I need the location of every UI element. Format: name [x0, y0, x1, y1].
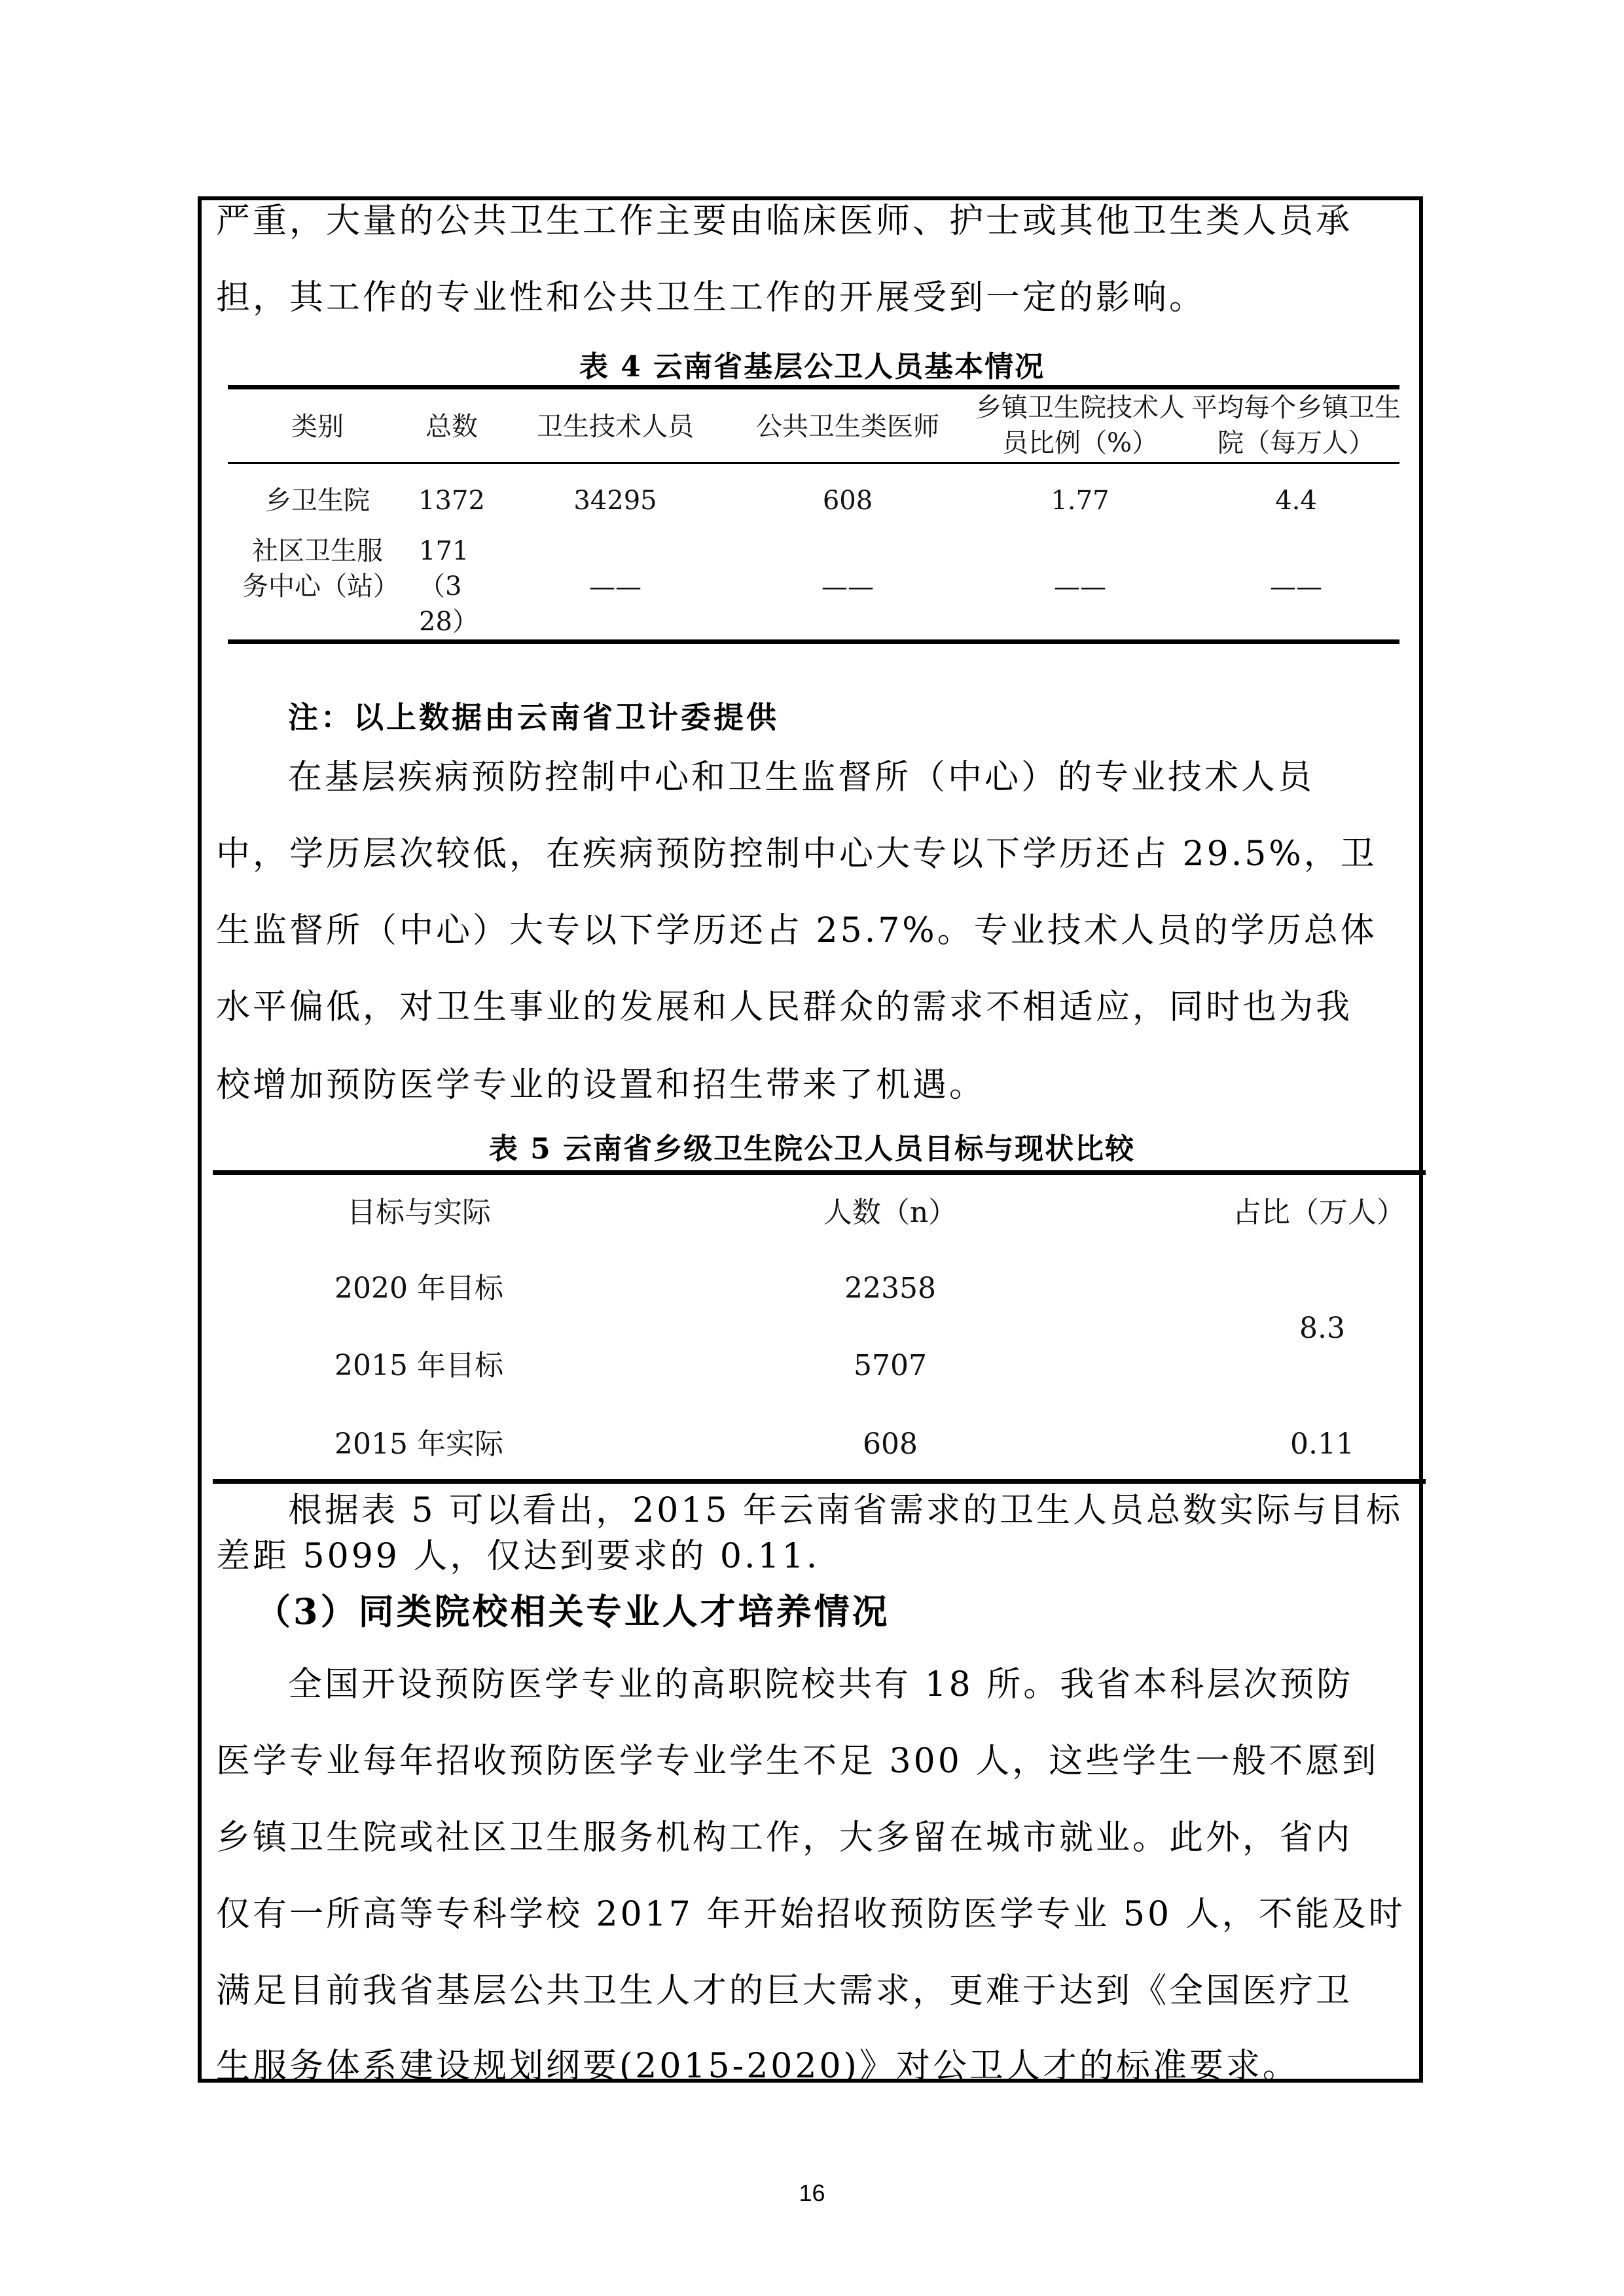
- table4-cell: 1372: [399, 483, 504, 518]
- table5-merged-ratio: 8.3: [1224, 1311, 1420, 1346]
- text-line: 根据表 5 可以看出，2015 年云南省需求的卫生人员总数实际与目标: [288, 1492, 1403, 1529]
- table4-top-rule: [228, 385, 1399, 389]
- table4-cell: ——: [727, 569, 969, 605]
- text-line: 水平偏低，对卫生事业的发展和人民群众的需求不相适应，同时也为我: [216, 988, 1352, 1027]
- text-line: 全国开设预防医学专业的高职院校共有 18 所。我省本科层次预防: [288, 1665, 1353, 1704]
- text-line: 满足目前我省基层公共卫生人才的巨大需求，更难于达到《全国医疗卫: [216, 1971, 1352, 2011]
- table5-header: 目标与实际: [288, 1195, 550, 1230]
- table4-cell: ——: [511, 569, 720, 605]
- text-line: 医学专业每年招收预防医学专业学生不足 300 人，这些学生一般不愿到: [216, 1742, 1379, 1781]
- text-line: 仅有一所高等专科学校 2017 年开始招收预防医学专业 50 人，不能及时: [216, 1895, 1405, 1934]
- table4-cell: 乡卫生院: [236, 483, 399, 518]
- table4-caption: 表 4 云南省基层公卫人员基本情况: [0, 350, 1624, 384]
- table4-header: 类别: [236, 409, 399, 444]
- section-heading: （3）同类院校相关专业人才培养情况: [255, 1592, 890, 1631]
- table4-header: 乡镇卫生院技术人员比例（%）: [975, 390, 1185, 461]
- table5-header: 人数（n）: [759, 1195, 1021, 1230]
- table4-cell: 34295: [511, 483, 720, 518]
- table4-cell: 4.4: [1191, 483, 1401, 518]
- table4-header: 公共卫生类医师: [727, 409, 969, 444]
- table5-cell: 5707: [759, 1348, 1021, 1384]
- table5-cell: 2020 年目标: [288, 1271, 550, 1306]
- table5-caption: 表 5 云南省乡级卫生院公卫人员目标与现状比较: [0, 1132, 1624, 1166]
- text-line: 中，学历层次较低，在疾病预防控制中心大专以下学历还占 29.5%，卫: [216, 834, 1377, 874]
- table5-top-rule: [213, 1170, 1426, 1175]
- table4-cell: 608: [727, 483, 969, 518]
- text-line: 生监督所（中心）大专以下学历还占 25.7%。专业技术人员的学历总体: [216, 911, 1377, 950]
- table5-cell: 2015 年目标: [288, 1348, 550, 1384]
- table5-cell: 0.11: [1224, 1427, 1420, 1462]
- table4-cell: ——: [975, 569, 1185, 605]
- text-line: 校增加预防医学专业的设置和招生带来了机遇。: [216, 1066, 986, 1105]
- text-line: 乡镇卫生院或社区卫生服务机构工作，大多留在城市就业。此外，省内: [216, 1818, 1352, 1857]
- table5-cell: 608: [759, 1427, 1021, 1462]
- table4-note: 注：以上数据由云南省卫计委提供: [288, 698, 779, 737]
- table4-cell: 1.77: [975, 483, 1185, 518]
- table4-cell: 171（328）: [419, 533, 478, 639]
- table5-cell: 2015 年实际: [288, 1427, 550, 1462]
- text-line: 担，其工作的专业性和公共卫生工作的开展受到一定的影响。: [216, 278, 1206, 317]
- table4-header: 总数: [399, 409, 504, 444]
- table4-cell: ——: [1191, 569, 1401, 605]
- table4-header: 平均每个乡镇卫生院（每万人）: [1191, 390, 1401, 461]
- table4-header: 卫生技术人员: [511, 409, 720, 444]
- text-line: 严重，大量的公共卫生工作主要由临床医师、护士或其他卫生类人员承: [216, 202, 1352, 241]
- table5-bottom-rule: [213, 1479, 1426, 1484]
- table4-cell: 社区卫生服务中心（站）: [242, 533, 393, 604]
- table4-bottom-rule: [228, 639, 1399, 644]
- table5-cell: 22358: [759, 1271, 1021, 1306]
- table4-header-rule: [228, 462, 1399, 464]
- text-line: 差距 5099 人，仅达到要求的 0.11.: [216, 1538, 820, 1575]
- table5-header: 占比（万人）: [1211, 1195, 1427, 1230]
- text-line: 生服务体系建设规划纲要(2015-2020)》对公卫人才的标准要求。: [216, 2047, 1299, 2086]
- text-line: 在基层疾病预防控制中心和卫生监督所（中心）的专业技术人员: [288, 758, 1314, 797]
- page-number: 16: [0, 2179, 1624, 2207]
